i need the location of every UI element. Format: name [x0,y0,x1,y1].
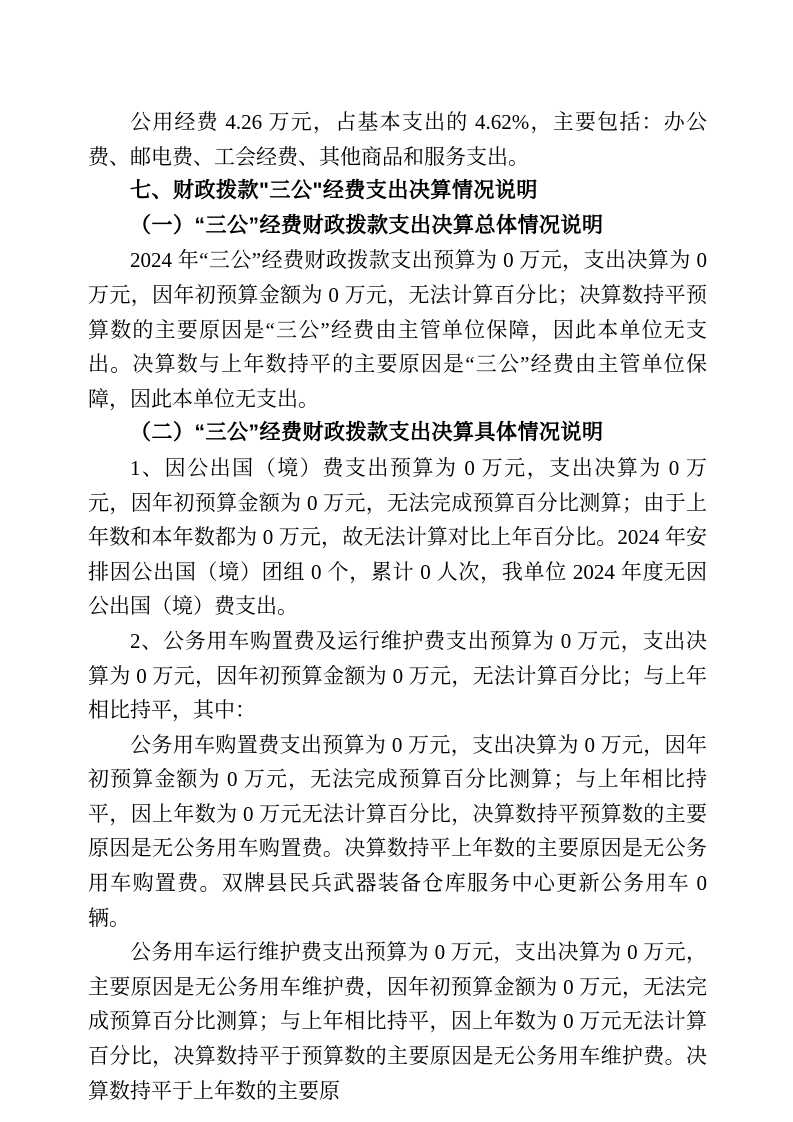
paragraph: 2024 年“三公”经费财政拨款支出预算为 0 万元，支出决算为 0 万元，因年… [88,243,707,416]
paragraph: 公务用车购置费支出预算为 0 万元，支出决算为 0 万元，因年初预算金额为 0 … [88,728,707,936]
paragraph: 2、公务用车购置费及运行维护费支出预算为 0 万元，支出决算为 0 万元，因年初… [88,624,707,728]
document-page: 公用经费 4.26 万元，占基本支出的 4.62%，主要包括：办公费、邮电费、工… [0,0,793,1122]
subsection-heading: （二）“三公”经费财政拨款支出决算具体情况说明 [88,416,707,451]
paragraph: 1、因公出国（境）费支出预算为 0 万元，支出决算为 0 万元，因年初预算金额为… [88,451,707,624]
subsection-heading: （一）“三公”经费财政拨款支出决算总体情况说明 [88,209,707,244]
document-body: 公用经费 4.26 万元，占基本支出的 4.62%，主要包括：办公费、邮电费、工… [88,105,707,1108]
paragraph: 公用经费 4.26 万元，占基本支出的 4.62%，主要包括：办公费、邮电费、工… [88,105,707,174]
paragraph: 公务用车运行维护费支出预算为 0 万元，支出决算为 0 万元，主要原因是无公务用… [88,935,707,1108]
section-heading: 七、财政拨款"三公"经费支出决算情况说明 [88,174,707,209]
